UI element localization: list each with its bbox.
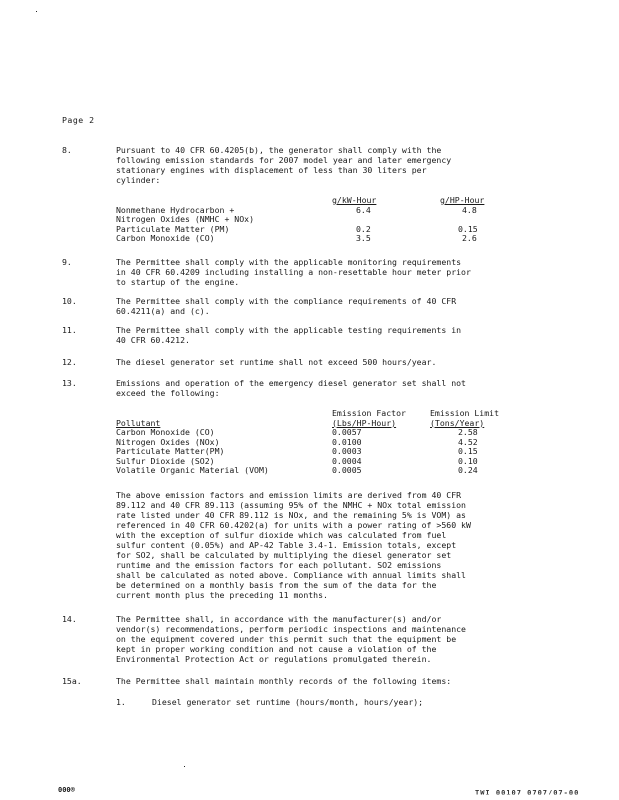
page-label: Page 2 <box>62 115 95 125</box>
table-row: Particulate Matter(PM) 0.0003 0.15 <box>116 446 556 456</box>
cell-gkw: 6.4 <box>356 205 371 215</box>
subitem-number: 1. <box>116 697 126 707</box>
cell-pollutant: Carbon Monoxide (CO) <box>116 427 215 437</box>
column-header-factor-units: (Lbs/HP-Hour) <box>332 418 396 428</box>
condition-13: 13. Emissions and operation of the emerg… <box>62 378 562 398</box>
condition-text: The Permittee shall comply with the appl… <box>116 257 546 287</box>
column-header-limit: Emission Limit <box>430 408 499 418</box>
condition-text: The Permittee shall maintain monthly rec… <box>116 676 546 686</box>
table-row: Carbon Monoxide (CO) 3.5 2.6 <box>116 233 556 243</box>
cell-factor: 0.0005 <box>332 465 362 475</box>
cell-pollutant: Volatile Organic Material (VOM) <box>116 465 269 475</box>
condition-15a-subitem-1: 1. Diesel generator set runtime (hours/m… <box>116 697 616 707</box>
scan-speck <box>36 11 37 12</box>
cell-ghp: 0.15 <box>458 224 478 234</box>
condition-number: 9. <box>62 257 72 267</box>
table-row: Nitrogen Oxides (NMHC + NOx) <box>116 214 556 224</box>
condition-number: 10. <box>62 296 77 306</box>
table-row: Carbon Monoxide (CO) 0.0057 2.58 <box>116 427 556 437</box>
row-label: Carbon Monoxide (CO) <box>116 233 215 243</box>
cell-pollutant: Particulate Matter(PM) <box>116 446 224 456</box>
condition-8: 8. Pursuant to 40 CFR 60.4205(b), the ge… <box>62 145 562 185</box>
cell-limit: 0.24 <box>458 465 478 475</box>
document-page: Page 2 8. Pursuant to 40 CFR 60.4205(b),… <box>0 0 619 800</box>
cell-pollutant: Sulfur Dioxide (SO2) <box>116 456 215 466</box>
subitem-text: Diesel generator set runtime (hours/mont… <box>152 697 582 707</box>
cell-gkw: 0.2 <box>356 224 371 234</box>
condition-number: 14. <box>62 614 77 624</box>
cell-factor: 0.0100 <box>332 437 362 447</box>
table-header-row: Pollutant (Lbs/HP-Hour) (Tons/Year) <box>116 418 556 428</box>
cell-limit: 0.15 <box>458 446 478 456</box>
cell-limit: 4.52 <box>458 437 478 447</box>
table-row: Particulate Matter (PM) 0.2 0.15 <box>116 224 556 234</box>
table-row: Sulfur Dioxide (SO2) 0.0004 0.10 <box>116 456 556 466</box>
condition-11: 11. The Permittee shall comply with the … <box>62 325 562 345</box>
condition-number: 11. <box>62 325 77 335</box>
cell-gkw: 3.5 <box>356 233 371 243</box>
condition-15a: 15a. The Permittee shall maintain monthl… <box>62 676 562 686</box>
condition-9: 9. The Permittee shall comply with the a… <box>62 257 562 287</box>
condition-text: The diesel generator set runtime shall n… <box>116 357 546 367</box>
cell-ghp: 4.8 <box>462 205 477 215</box>
column-header-factor: Emission Factor <box>332 408 406 418</box>
condition-number: 8. <box>62 145 72 155</box>
note-text: The above emission factors and emission … <box>116 490 546 600</box>
scan-speck <box>184 766 185 767</box>
condition-12: 12. The diesel generator set runtime sha… <box>62 357 562 367</box>
column-header-ghp: g/HP-Hour <box>440 195 484 205</box>
column-header-gkw: g/kW-Hour <box>332 195 376 205</box>
condition-10: 10. The Permittee shall comply with the … <box>62 296 562 316</box>
column-header-pollutant: Pollutant <box>116 418 160 428</box>
condition-text: The Permittee shall comply with the comp… <box>116 296 546 316</box>
condition-text: Pursuant to 40 CFR 60.4205(b), the gener… <box>116 145 546 185</box>
cell-limit: 2.58 <box>458 427 478 437</box>
table-header-row: Emission Factor Emission Limit <box>116 408 556 418</box>
cell-ghp: 2.6 <box>462 233 477 243</box>
footer-document-id: TWI 00107 0707/07-00 <box>475 788 579 798</box>
cell-pollutant: Nitrogen Oxides (NOx) <box>116 437 220 447</box>
table-row: Nitrogen Oxides (NOx) 0.0100 4.52 <box>116 437 556 447</box>
column-header-limit-units: (Tons/Year) <box>430 418 484 428</box>
emission-limits-table: Emission Factor Emission Limit Pollutant… <box>116 408 556 475</box>
table-row: Nonmethane Hydrocarbon + 6.4 4.8 <box>116 205 556 215</box>
row-label: Nonmethane Hydrocarbon + <box>116 205 234 215</box>
row-label: Nitrogen Oxides (NMHC + NOx) <box>116 214 254 224</box>
condition-number: 12. <box>62 357 77 367</box>
footer-left-mark: 000® <box>58 785 75 795</box>
condition-13-note: The above emission factors and emission … <box>62 490 562 600</box>
condition-14: 14. The Permittee shall, in accordance w… <box>62 614 562 664</box>
cell-factor: 0.0057 <box>332 427 362 437</box>
table-header-row: g/kW-Hour g/HP-Hour <box>116 195 556 205</box>
table-row: Volatile Organic Material (VOM) 0.0005 0… <box>116 465 556 475</box>
condition-text: The Permittee shall comply with the appl… <box>116 325 546 345</box>
emission-standards-table: g/kW-Hour g/HP-Hour Nonmethane Hydrocarb… <box>116 195 556 243</box>
cell-factor: 0.0004 <box>332 456 362 466</box>
condition-number: 15a. <box>62 676 82 686</box>
condition-text: The Permittee shall, in accordance with … <box>116 614 546 664</box>
cell-factor: 0.0003 <box>332 446 362 456</box>
row-label: Particulate Matter (PM) <box>116 224 229 234</box>
cell-limit: 0.10 <box>458 456 478 466</box>
condition-number: 13. <box>62 378 77 388</box>
condition-text: Emissions and operation of the emergency… <box>116 378 546 398</box>
